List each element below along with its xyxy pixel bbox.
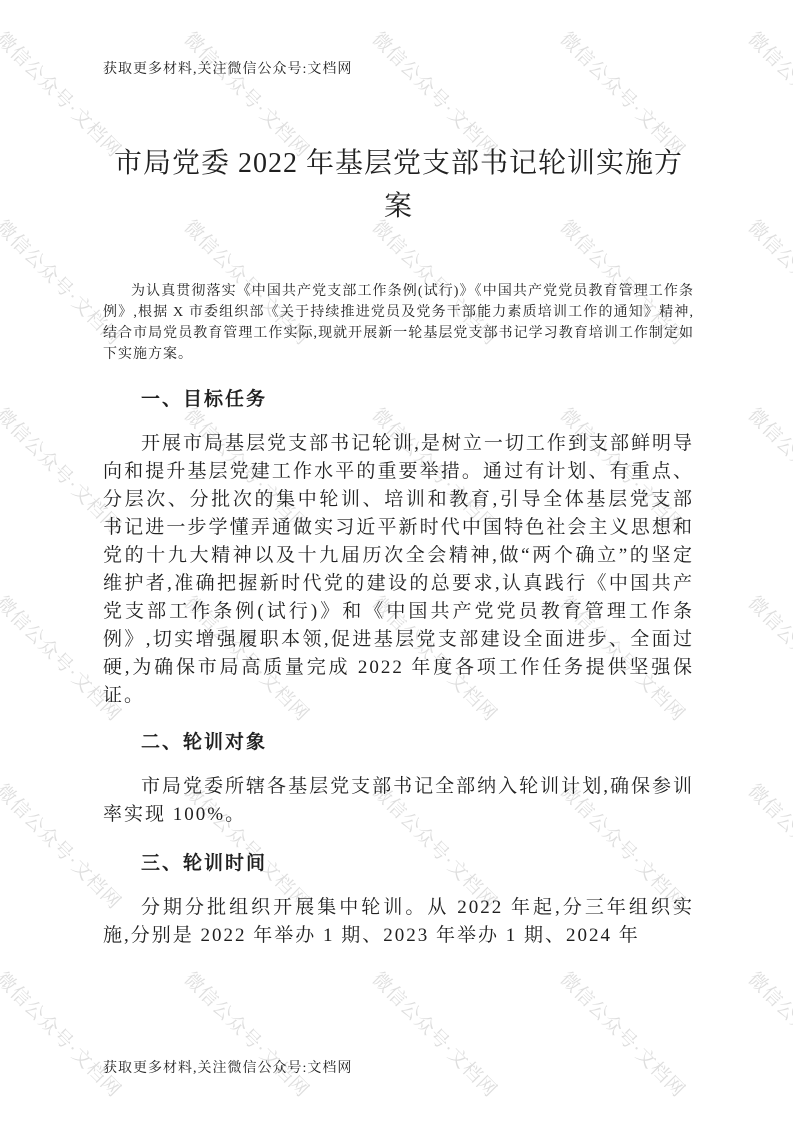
watermark-text: 微信公众号·文档网	[743, 589, 793, 726]
document-title: 市局党委 2022 年基层党支部书记轮训实施方案	[103, 142, 694, 228]
section-2-heading: 二、轮训对象	[103, 730, 694, 756]
section-3-paragraph: 分期分批组织开展集中轮训。从 2022 年起,分三年组织实施,分别是 2022 …	[103, 894, 694, 950]
watermark-text: 微信公众号·文档网	[179, 965, 316, 1102]
watermark-text: 微信公众号·文档网	[743, 401, 793, 538]
watermark-text: 微信公众号·文档网	[743, 213, 793, 350]
section-1-paragraph: 开展市局基层党支部书记轮训,是树立一切工作到支部鲜明导向和提升基层党建工作水平的…	[103, 430, 694, 710]
section-3-heading: 三、轮训时间	[103, 851, 694, 877]
watermark-text: 微信公众号·文档网	[367, 965, 504, 1102]
watermark-text: 微信公众号·文档网	[0, 965, 128, 1102]
footer-promo-text: 获取更多材料,关注微信公众号:文档网	[103, 1057, 352, 1077]
watermark-text: 微信公众号·文档网	[555, 965, 692, 1102]
watermark-text: 微信公众号·文档网	[743, 965, 793, 1102]
section-2-paragraph: 市局党委所辖各基层党支部书记全部纳入轮训计划,确保参训率实现 100%。	[103, 773, 694, 829]
section-1-heading: 一、目标任务	[103, 387, 694, 413]
intro-paragraph: 为认真贯彻落实《中国共产党支部工作条例(试行)》《中国共产党党员教育管理工作条例…	[103, 281, 694, 365]
watermark-text: 微信公众号·文档网	[743, 25, 793, 162]
watermark-text: 微信公众号·文档网	[743, 777, 793, 914]
document-page: 微信公众号·文档网微信公众号·文档网微信公众号·文档网微信公众号·文档网微信公众…	[0, 0, 793, 1122]
document-body: 市局党委 2022 年基层党支部书记轮训实施方案 为认真贯彻落实《中国共产党支部…	[103, 0, 694, 950]
